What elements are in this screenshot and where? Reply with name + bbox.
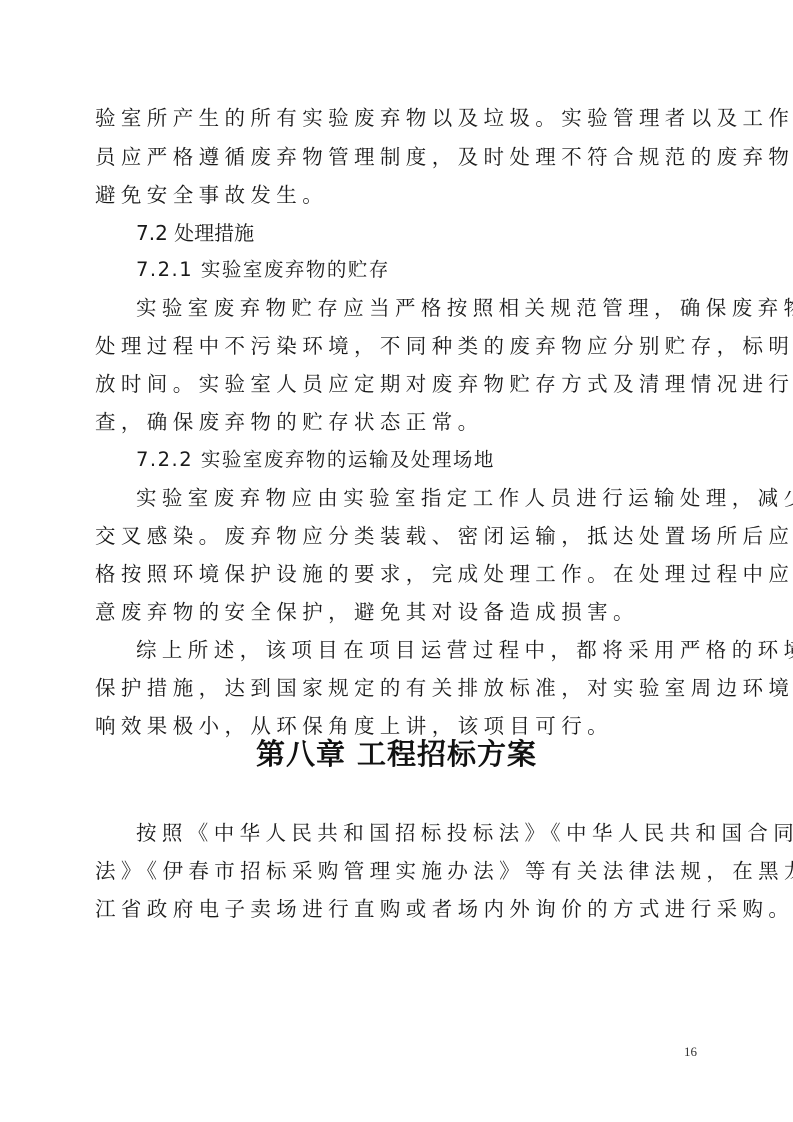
text-line: 实验室废弃物应由实验室指定工作人员进行运输处理，减少 <box>136 484 707 512</box>
text-line: 意废弃物的安全保护，避免其对设备造成损害。 <box>95 598 707 626</box>
page-number: 16 <box>684 1044 697 1060</box>
text-line: 避免安全事故发生。 <box>95 181 707 209</box>
text-line: 按照《中华人民共和国招标投标法》《中华人民共和国合同 <box>136 819 707 847</box>
section-heading-7-2: 7.2 处理措施 <box>136 219 254 247</box>
text-line: 处理过程中不污染环境，不同种类的废弃物应分别贮存，标明存 <box>95 332 707 360</box>
text-line: 实验室废弃物贮存应当严格按照相关规范管理，确保废弃物 <box>136 294 707 322</box>
section-heading-7-2-1: 7.2.1 实验室废弃物的贮存 <box>136 256 390 284</box>
text-line: 放时间。实验室人员应定期对废弃物贮存方式及清理情况进行检 <box>95 370 707 398</box>
document-page: 验室所产生的所有实验废弃物以及垃圾。实验管理者以及工作人 员应严格遵循废弃物管理… <box>0 0 793 1122</box>
text-line: 查，确保废弃物的贮存状态正常。 <box>95 408 707 436</box>
text-line: 法》《伊春市招标采购管理实施办法》等有关法律法规，在黑龙 <box>95 857 707 885</box>
text-line: 验室所产生的所有实验废弃物以及垃圾。实验管理者以及工作人 <box>95 104 707 132</box>
text-line: 江省政府电子卖场进行直购或者场内外询价的方式进行采购。 <box>95 895 707 923</box>
text-line: 综上所述，该项目在项目运营过程中，都将采用严格的环境 <box>136 636 707 664</box>
text-line: 员应严格遵循废弃物管理制度，及时处理不符合规范的废弃物， <box>95 143 707 171</box>
chapter-title: 第八章 工程招标方案 <box>0 734 793 774</box>
text-line: 格按照环境保护设施的要求，完成处理工作。在处理过程中应注 <box>95 560 707 588</box>
text-line: 交叉感染。废弃物应分类装载、密闭运输，抵达处置场所后应严 <box>95 522 707 550</box>
text-line: 保护措施，达到国家规定的有关排放标准，对实验室周边环境影 <box>95 674 707 702</box>
section-heading-7-2-2: 7.2.2 实验室废弃物的运输及处理场地 <box>136 446 495 474</box>
